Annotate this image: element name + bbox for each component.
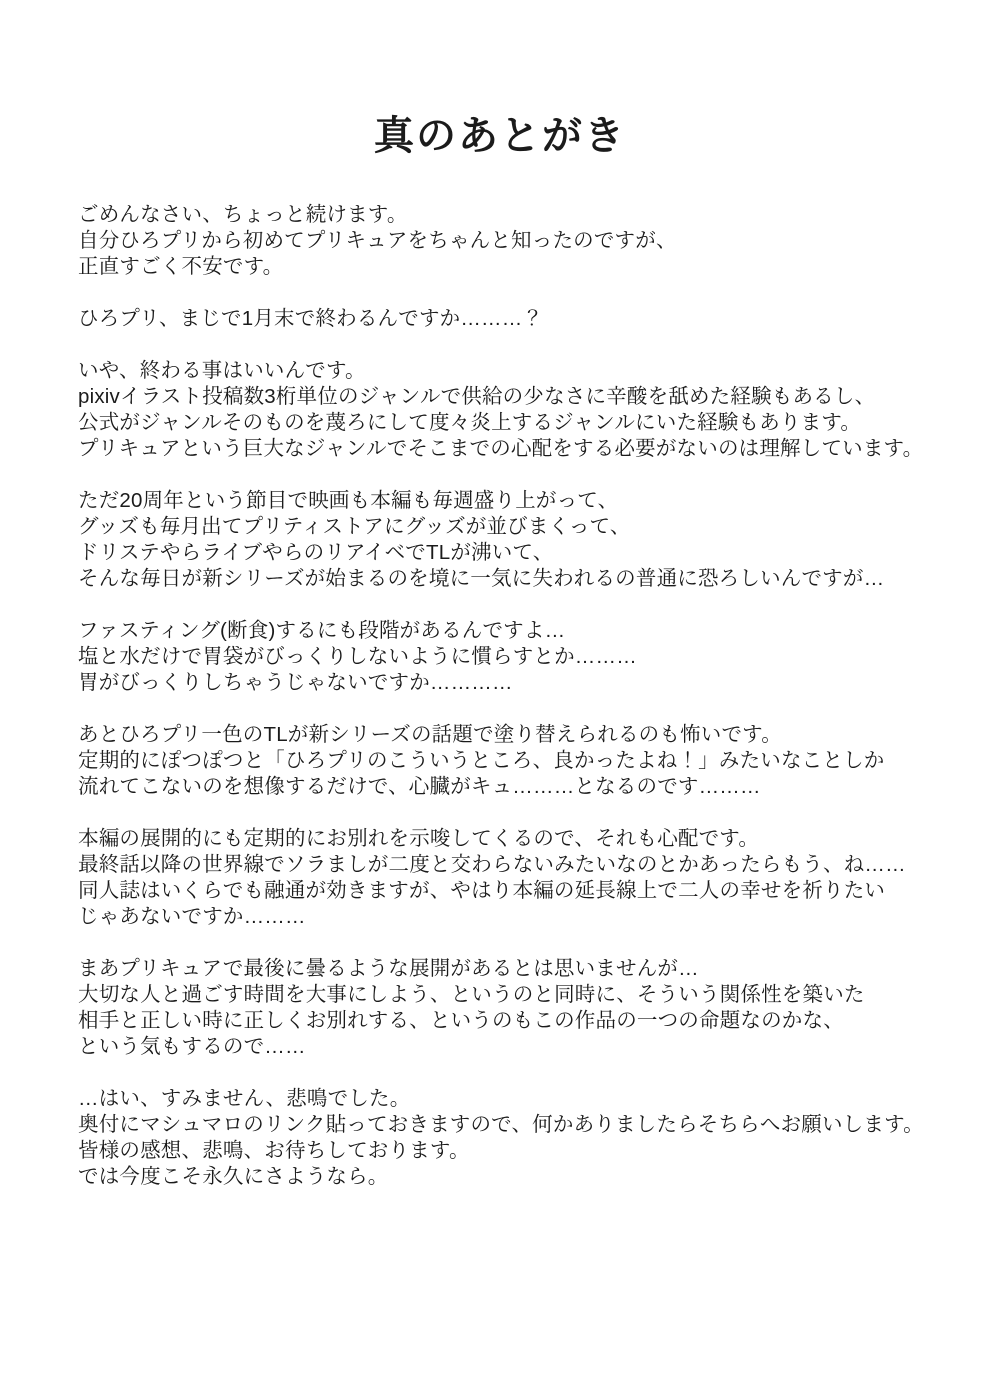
- text-line: じゃあないですか………: [78, 904, 960, 930]
- text-line: 皆様の感想、悲鳴、お待ちしております。: [78, 1138, 960, 1164]
- text-line: 公式がジャンルそのものを蔑ろにして度々炎上するジャンルにいた経験もあります。: [78, 410, 960, 436]
- document-page: 真のあとがき ごめんなさい、ちょっと続けます。 自分ひろプリから初めてプリキュア…: [0, 0, 1000, 1395]
- text-line: ただ20周年という節目で映画も本編も毎週盛り上がって、: [78, 488, 960, 514]
- text-line: pixivイラスト投稿数3桁単位のジャンルで供給の少なさに辛酸を舐めた経験もある…: [78, 384, 960, 410]
- text-line: ドリステやらライブやらのリアイベでTLが沸いて、: [78, 540, 960, 566]
- text-line: 流れてこないのを想像するだけで、心臓がキュ………となるのです………: [78, 774, 960, 800]
- text-line: 正直すごく不安です。: [78, 254, 960, 280]
- afterword-paragraph: ただ20周年という節目で映画も本編も毎週盛り上がって、 グッズも毎月出てプリティ…: [78, 488, 960, 592]
- text-line: 定期的にぽつぽつと「ひろプリのこういうところ、良かったよね！」みたいなことしか: [78, 748, 960, 774]
- text-line: ファスティング(断食)するにも段階があるんですよ…: [78, 618, 960, 644]
- text-line: 本編の展開的にも定期的にお別れを示唆してくるので、それも心配です。: [78, 826, 960, 852]
- afterword-paragraph: 本編の展開的にも定期的にお別れを示唆してくるので、それも心配です。 最終話以降の…: [78, 826, 960, 930]
- afterword-paragraph: ひろプリ、まじで1月末で終わるんですか………？: [78, 306, 960, 332]
- afterword-paragraph: いや、終わる事はいいんです。 pixivイラスト投稿数3桁単位のジャンルで供給の…: [78, 358, 960, 462]
- page-title: 真のあとがき: [0, 112, 1000, 160]
- afterword-paragraph: あとひろプリ一色のTLが新シリーズの話題で塗り替えられるのも怖いです。 定期的に…: [78, 722, 960, 800]
- text-line: そんな毎日が新シリーズが始まるのを境に一気に失われるの普通に恐ろしいんですが…: [78, 566, 960, 592]
- text-line: 最終話以降の世界線でソラましが二度と交わらないみたいなのとかあったらもう、ね……: [78, 852, 960, 878]
- afterword-paragraph: ファスティング(断食)するにも段階があるんですよ… 塩と水だけで胃袋がびっくりし…: [78, 618, 960, 696]
- text-line: 胃がびっくりしちゃうじゃないですか…………: [78, 670, 960, 696]
- afterword-body: ごめんなさい、ちょっと続けます。 自分ひろプリから初めてプリキュアをちゃんと知っ…: [78, 202, 960, 1190]
- text-line: 同人誌はいくらでも融通が効きますが、やはり本編の延長線上で二人の幸せを祈りたい: [78, 878, 960, 904]
- text-line: いや、終わる事はいいんです。: [78, 358, 960, 384]
- text-line: 自分ひろプリから初めてプリキュアをちゃんと知ったのですが、: [78, 228, 960, 254]
- text-line: 奥付にマシュマロのリンク貼っておきますので、何かありましたらそちらへお願いします…: [78, 1112, 960, 1138]
- text-line: ごめんなさい、ちょっと続けます。: [78, 202, 960, 228]
- text-line: という気もするので……: [78, 1034, 960, 1060]
- text-line: まあプリキュアで最後に曇るような展開があるとは思いませんが…: [78, 956, 960, 982]
- text-line: では今度こそ永久にさようなら。: [78, 1164, 960, 1190]
- text-line: 相手と正しい時に正しくお別れする、というのもこの作品の一つの命題なのかな、: [78, 1008, 960, 1034]
- text-line: プリキュアという巨大なジャンルでそこまでの心配をする必要がないのは理解しています…: [78, 436, 960, 462]
- text-line: あとひろプリ一色のTLが新シリーズの話題で塗り替えられるのも怖いです。: [78, 722, 960, 748]
- afterword-paragraph: …はい、すみません、悲鳴でした。 奥付にマシュマロのリンク貼っておきますので、何…: [78, 1086, 960, 1190]
- afterword-paragraph: ごめんなさい、ちょっと続けます。 自分ひろプリから初めてプリキュアをちゃんと知っ…: [78, 202, 960, 280]
- afterword-paragraph: まあプリキュアで最後に曇るような展開があるとは思いませんが… 大切な人と過ごす時…: [78, 956, 960, 1060]
- text-line: …はい、すみません、悲鳴でした。: [78, 1086, 960, 1112]
- text-line: ひろプリ、まじで1月末で終わるんですか………？: [78, 306, 960, 332]
- text-line: 塩と水だけで胃袋がびっくりしないように慣らすとか………: [78, 644, 960, 670]
- text-line: グッズも毎月出てプリティストアにグッズが並びまくって、: [78, 514, 960, 540]
- text-line: 大切な人と過ごす時間を大事にしよう、というのと同時に、そういう関係性を築いた: [78, 982, 960, 1008]
